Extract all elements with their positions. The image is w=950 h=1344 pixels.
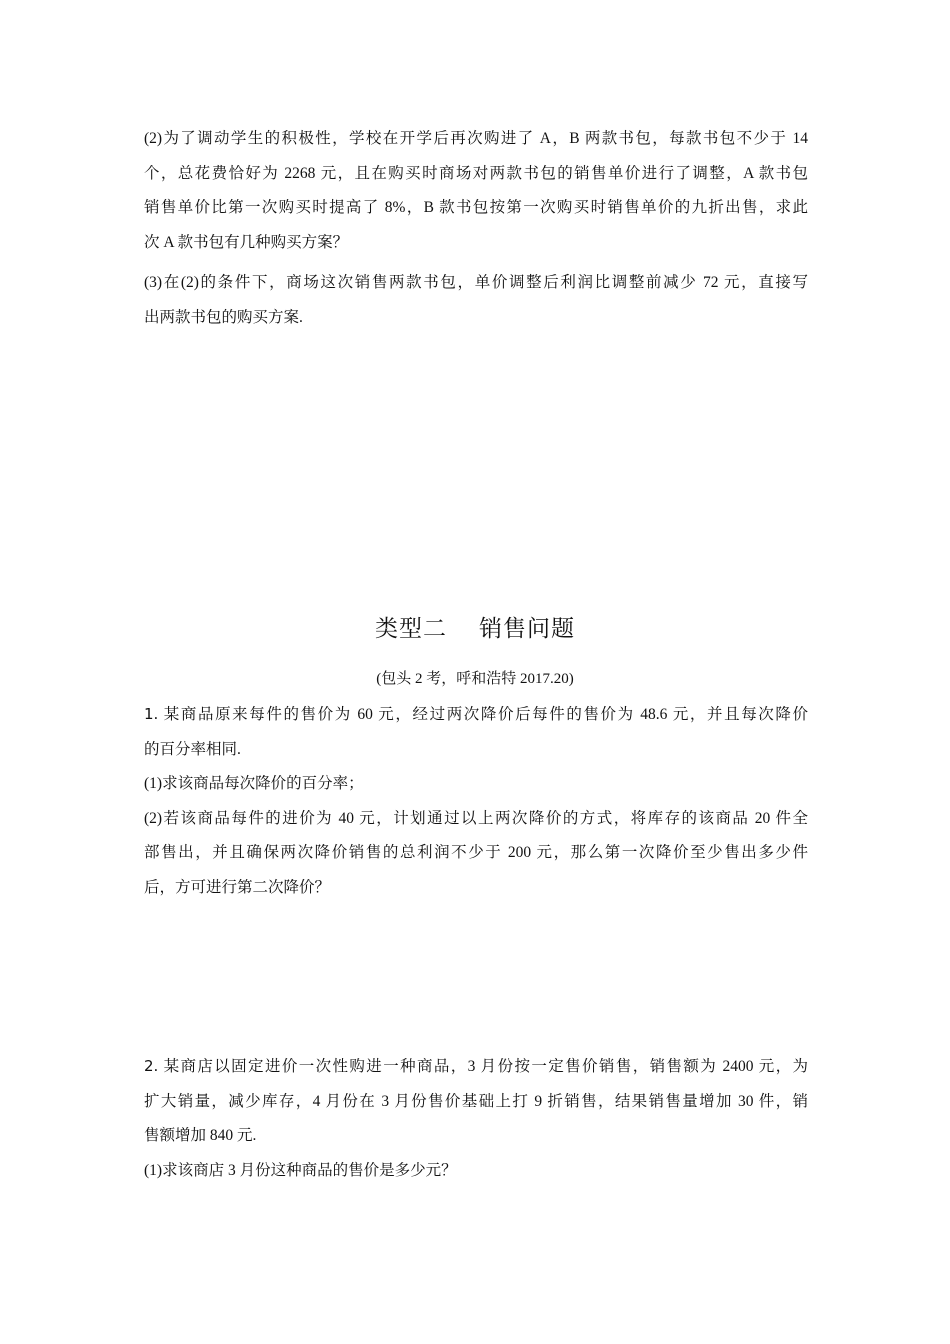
text: 某商店以固定进价一次性购进一种商品，3 月份按一定售价销售，销售额为 2400 … [164,1058,808,1075]
section-title: 类型二销售问题 [0,610,950,643]
section-title-type: 类型二 [375,616,447,642]
section-source: (包头 2 考，呼和浩特 2017.20) [0,667,950,688]
section-title-topic: 销售问题 [479,616,575,642]
text-line: 销售单价比第一次购买时提高了 8%，B 款书包按第一次购买时销售单价的九折出售，… [144,191,808,226]
text-line: (2)为了调动学生的积极性，学校在开学后再次购进了 A，B 两款书包，每款书包不… [144,122,808,157]
text-line: (3)在(2)的条件下，商场这次销售两款书包，单价调整后利润比调整前减少 72 … [144,266,808,301]
problem-1-stem-line: 的百分率相同. [144,733,808,768]
problem-2: 2. 某商店以固定进价一次性购进一种商品，3 月份按一定售价销售，销售额为 24… [144,1049,808,1188]
problem-number: 2. [144,1057,158,1075]
problem-1-part-2-line: 后，方可进行第二次降价？ [144,871,808,906]
text-line: 个，总花费恰好为 2268 元，且在购买时商场对两款书包的销售单价进行了调整，A… [144,157,808,192]
text: 某商品原来每件的售价为 60 元，经过两次降价后每件的售价为 48.6 元，并且… [164,706,808,723]
problem-1-part-2-line: 部售出，并且确保两次降价销售的总利润不少于 200 元，那么第一次降价至少售出多… [144,836,808,871]
problem-1-stem-line: 1. 某商品原来每件的售价为 60 元，经过两次降价后每件的售价为 48.6 元… [144,697,808,733]
problem-number: 1. [144,705,158,723]
prev-problem-part-3: (3)在(2)的条件下，商场这次销售两款书包，单价调整后利润比调整前减少 72 … [144,266,808,335]
problem-2-stem-line: 扩大销量，减少库存，4 月份在 3 月份售价基础上打 9 折销售，结果销售量增加… [144,1085,808,1120]
prev-problem-part-2: (2)为了调动学生的积极性，学校在开学后再次购进了 A，B 两款书包，每款书包不… [144,122,808,260]
text-line: 次 A 款书包有几种购买方案？ [144,226,808,261]
text-line: 出两款书包的购买方案. [144,301,808,336]
problem-2-stem-line: 2. 某商店以固定进价一次性购进一种商品，3 月份按一定售价销售，销售额为 24… [144,1049,808,1085]
problem-1-part-2-line: (2)若该商品每件的进价为 40 元，计划通过以上两次降价的方式，将库存的该商品… [144,802,808,837]
problem-2-stem-line: 售额增加 840 元. [144,1119,808,1154]
problem-2-part-1: (1)求该商店 3 月份这种商品的售价是多少元？ [144,1154,808,1189]
problem-1-part-1: (1)求该商品每次降价的百分率； [144,767,808,802]
problem-1: 1. 某商品原来每件的售价为 60 元，经过两次降价后每件的售价为 48.6 元… [144,697,808,905]
